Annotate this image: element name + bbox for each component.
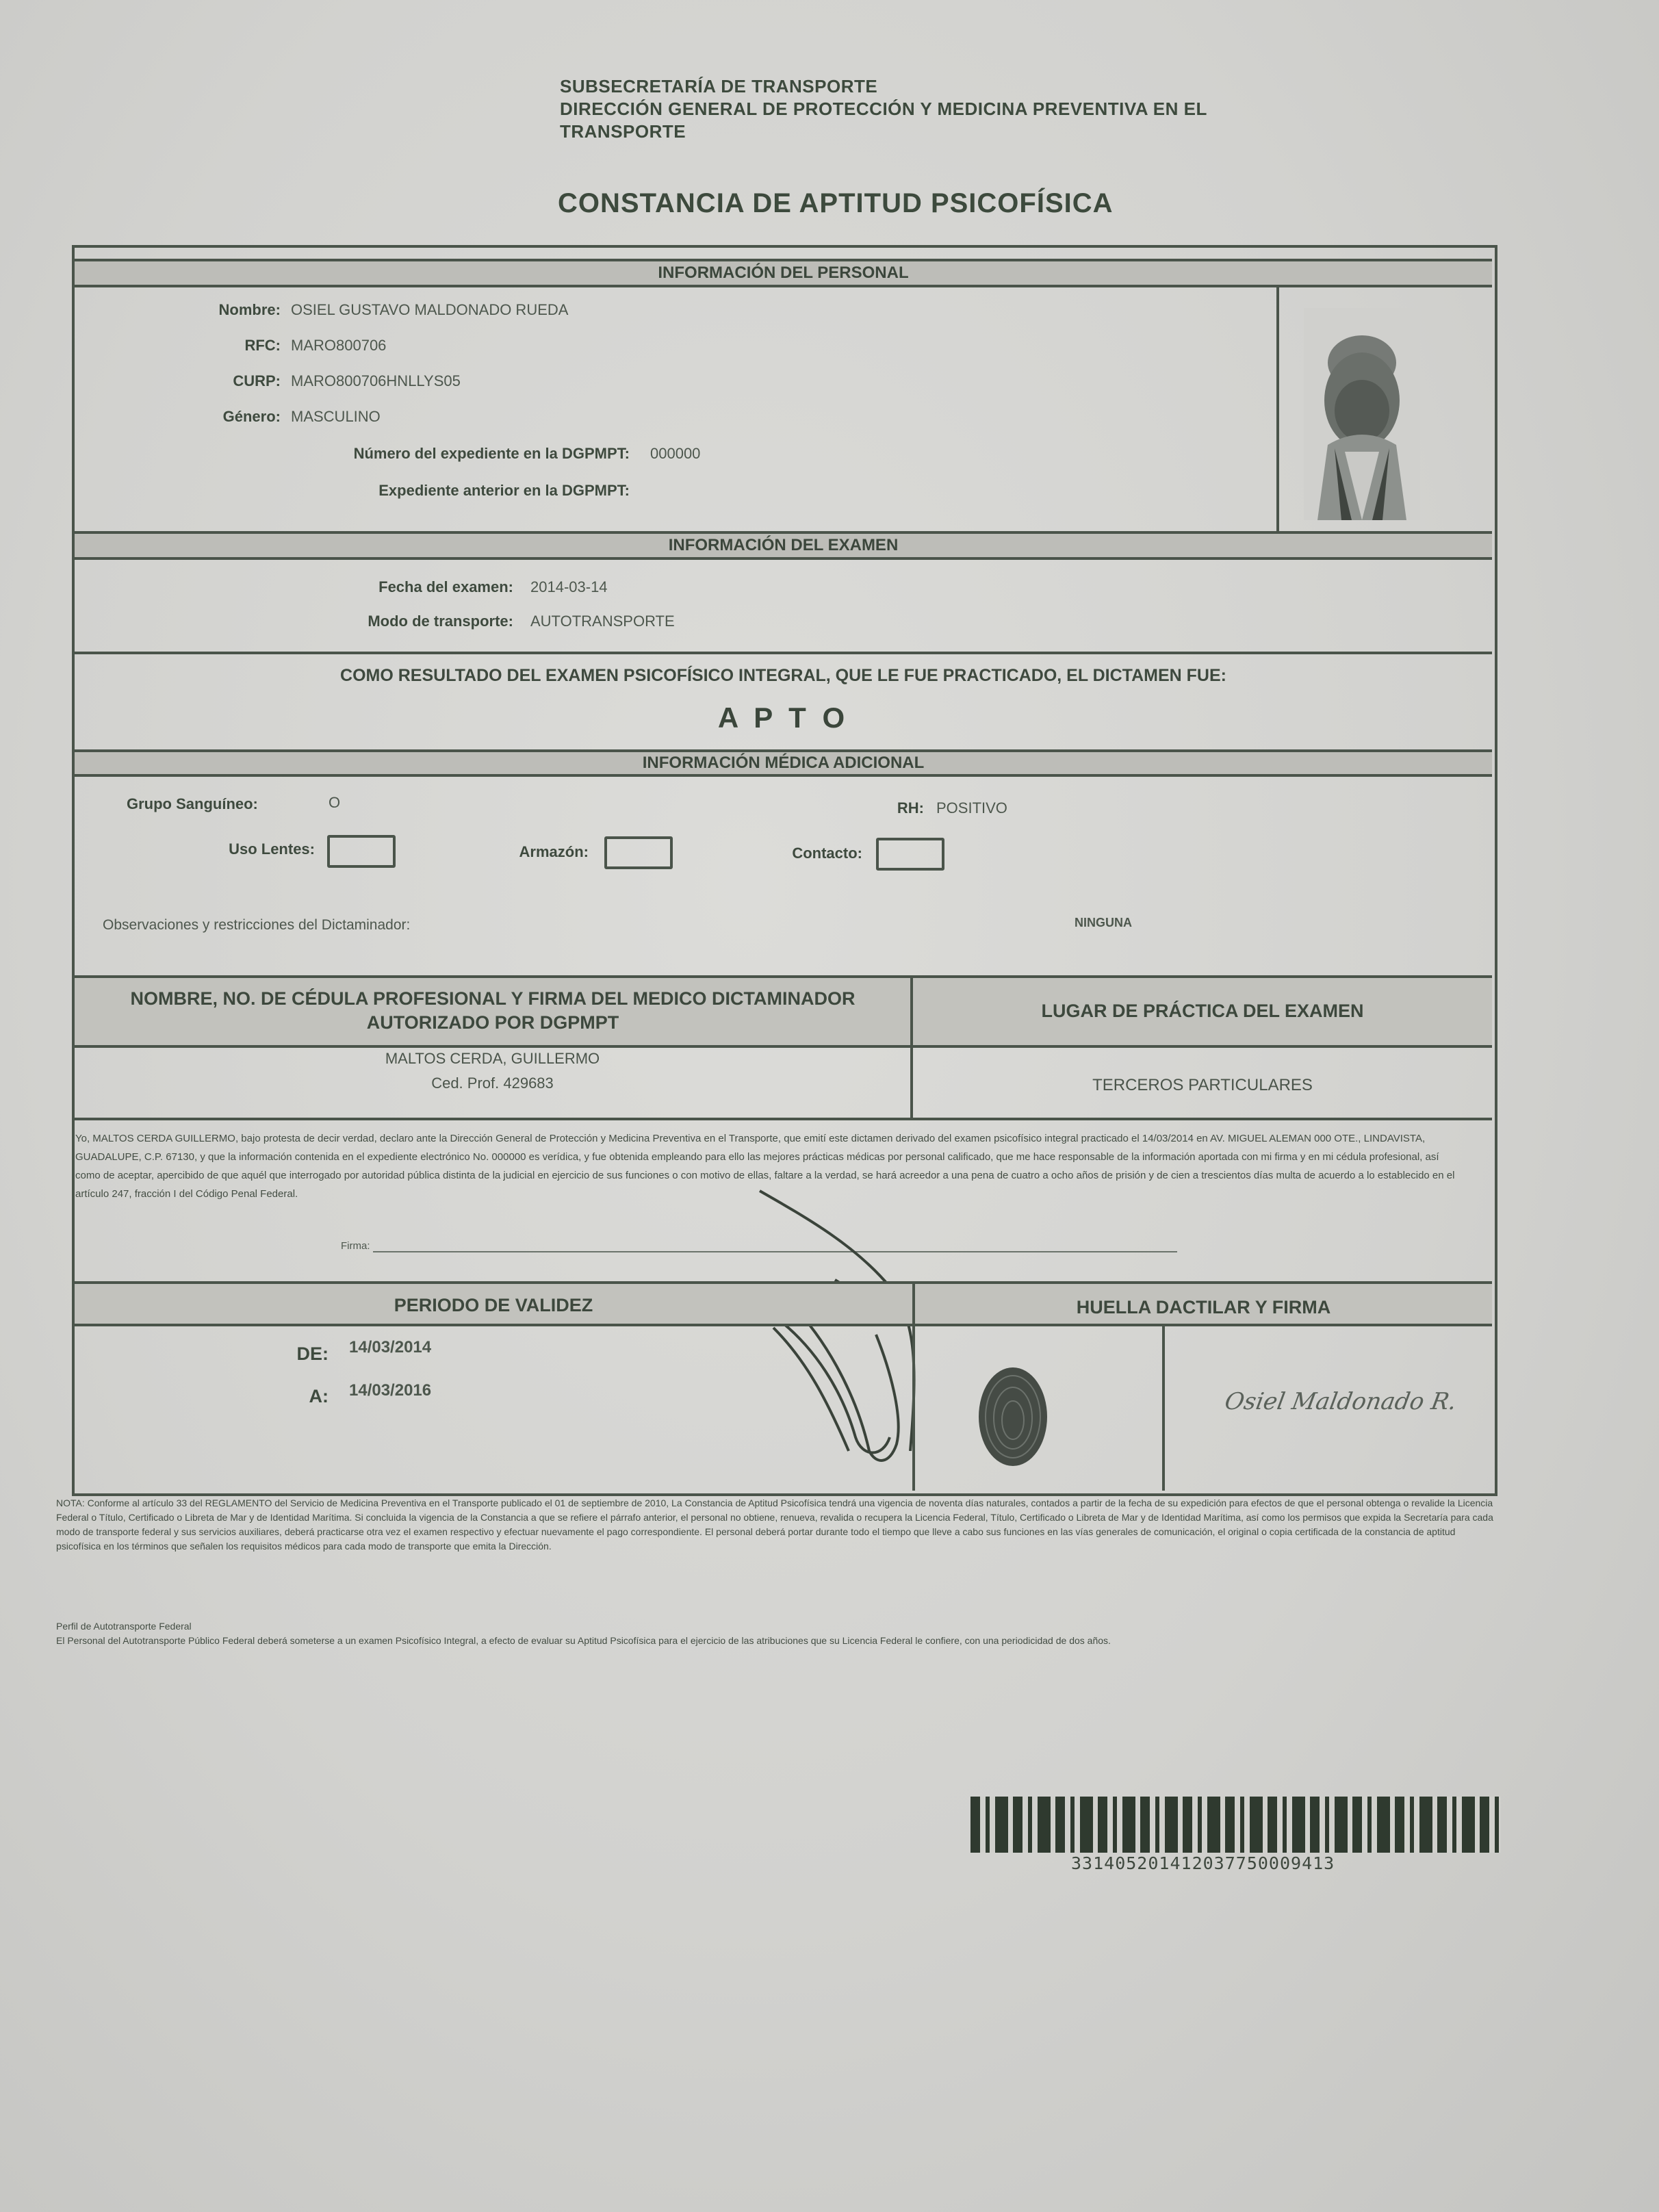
uso-lentes-checkbox[interactable] (327, 835, 396, 868)
barcode (970, 1797, 1501, 1853)
value-genero: MASCULINO (291, 408, 381, 426)
label-expediente: Número del expediente en la DGPMPT: (205, 445, 630, 463)
divider-validity-mid (75, 1324, 1492, 1326)
label-curp: CURP: (123, 372, 281, 390)
photo-divider (1276, 285, 1279, 531)
modo-perfil-title: Perfil de Autotransporte Federal (56, 1619, 192, 1634)
fingerprint-icon (972, 1362, 1054, 1471)
label-uso-lentes: Uso Lentes: (137, 840, 315, 858)
label-observaciones: Observaciones y restricciones del Dictam… (103, 917, 410, 934)
modo-perfil-text: El Personal del Autotransporte Público F… (56, 1634, 1500, 1648)
label-grupo-sanguineo: Grupo Sanguíneo: (103, 795, 332, 813)
place-value: TERCEROS PARTICULARES (913, 1076, 1492, 1095)
value-fecha-examen: 2014-03-14 (530, 578, 608, 596)
section-medical-title: INFORMACIÓN MÉDICA ADICIONAL (643, 754, 925, 772)
label-fecha-examen: Fecha del examen: (205, 578, 513, 596)
person-photo (1304, 308, 1420, 520)
divider-result-top (75, 652, 1492, 654)
doctor-header: NOMBRE, NO. DE CÉDULA PROFESIONAL Y FIRM… (103, 987, 883, 1035)
value-observaciones: NINGUNA (1075, 916, 1132, 930)
fingerprint-header: HUELLA DACTILAR Y FIRMA (915, 1297, 1492, 1318)
label-rfc: RFC: (123, 337, 281, 355)
validity-to-value: 14/03/2016 (349, 1381, 431, 1400)
doctor-cedula: Ced. Prof. 429683 (75, 1075, 910, 1092)
result-statement: COMO RESULTADO DEL EXAMEN PSICOFÍSICO IN… (75, 666, 1492, 686)
validity-header: PERIODO DE VALIDEZ (75, 1295, 912, 1316)
validity-to-label: A: (260, 1386, 329, 1407)
result-verdict: A P T O (75, 702, 1492, 734)
validity-from-label: DE: (260, 1343, 329, 1365)
holder-signature: Osiel Maldonado R. (1222, 1388, 1458, 1415)
value-nombre: OSIEL GUSTAVO MALDONADO RUEDA (291, 301, 568, 319)
firma-label: Firma: (341, 1240, 370, 1252)
value-modo-transporte: AUTOTRANSPORTE (530, 613, 675, 630)
value-expediente: 000000 (650, 445, 700, 463)
barcode-number: 331405201412037750009413 (1071, 1853, 1335, 1873)
value-rfc: MARO800706 (291, 337, 386, 355)
place-header: LUGAR DE PRÁCTICA DEL EXAMEN (913, 1001, 1492, 1022)
doctor-name: MALTOS CERDA, GUILLERMO (75, 1050, 910, 1068)
label-rh: RH: (856, 799, 924, 817)
nota-text: NOTA: Conforme al artículo 33 del REGLAM… (56, 1496, 1500, 1554)
value-rh: POSITIVO (936, 799, 1007, 817)
armazon-checkbox[interactable] (604, 836, 673, 869)
header-line-3: TRANSPORTE (560, 120, 1207, 143)
header-line-1: SUBSECRETARÍA DE TRANSPORTE (560, 75, 1207, 98)
person-photo-icon (1304, 308, 1420, 520)
divider-declaration-top (75, 1118, 1492, 1120)
section-medical-header: INFORMACIÓN MÉDICA ADICIONAL (75, 749, 1492, 777)
label-contacto: Contacto: (719, 845, 862, 862)
contacto-checkbox[interactable] (876, 838, 944, 871)
label-expediente-anterior: Expediente anterior en la DGPMPT: (205, 482, 630, 500)
validity-from-value: 14/03/2014 (349, 1338, 431, 1357)
section-exam-header: INFORMACIÓN DEL EXAMEN (75, 531, 1492, 560)
value-curp: MARO800706HNLLYS05 (291, 372, 461, 390)
value-grupo-sanguineo: O (329, 794, 340, 812)
fingerprint-signature-divider (1162, 1324, 1165, 1491)
section-personal-header: INFORMACIÓN DEL PERSONAL (75, 259, 1492, 287)
divider-doctor-mid (75, 1045, 1492, 1048)
agency-header: SUBSECRETARÍA DE TRANSPORTE DIRECCIÓN GE… (560, 75, 1207, 143)
label-modo-transporte: Modo de transporte: (205, 613, 513, 630)
label-armazon: Armazón: (452, 843, 589, 861)
header-line-2: DIRECCIÓN GENERAL DE PROTECCIÓN Y MEDICI… (560, 98, 1207, 120)
section-exam-title: INFORMACIÓN DEL EXAMEN (669, 536, 899, 554)
label-genero: Género: (123, 408, 281, 426)
section-personal-title: INFORMACIÓN DEL PERSONAL (658, 263, 908, 282)
document-title: CONSTANCIA DE APTITUD PSICOFÍSICA (558, 188, 1114, 219)
label-nombre: Nombre: (123, 301, 281, 319)
